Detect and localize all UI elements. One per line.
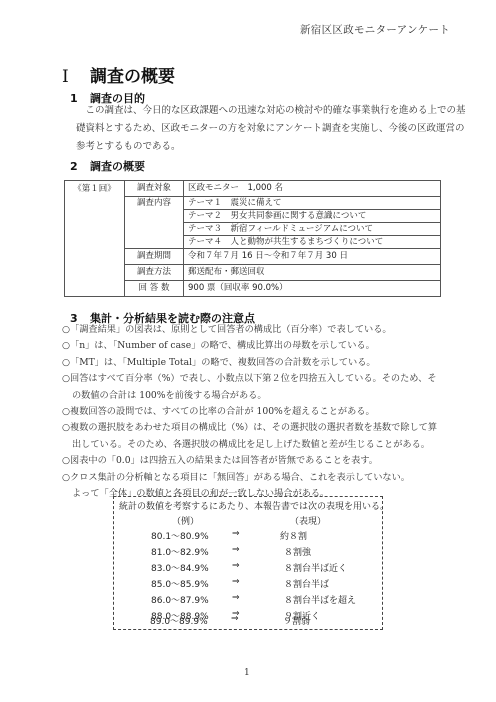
note-item: ○図表中の「0.0」は四捨五入の結果または回答者が皆無であることを表す。: [62, 453, 492, 469]
expression-row: 89.0～89.9% ⇒ ９割弱: [113, 614, 383, 628]
row-value: テーマ４ 人と動物が共生するまちづくりについて: [184, 236, 441, 249]
note-item: ○クロス集計の分析軸となる項目に「無回答」がある場合、これを表示していない。: [62, 470, 492, 486]
expression-row: 85.0～85.9% ⇒ ８割台半ば: [114, 577, 382, 593]
notes-list: ○「調査結果」の図表は、原則として回答者の構成比（百分率）で表している。 ○「n…: [62, 322, 492, 502]
note-item: ○複数回答の設問では、すべての比率の合計が 100%を超えることがある。: [62, 404, 492, 420]
page-number: 1: [244, 668, 250, 678]
arrow-icon: ⇒: [232, 561, 240, 571]
note-item: ○回答はすべて百分率（%）で表し、小数点以下第２位を四捨五入している。そのため、…: [62, 371, 492, 387]
row-value: テーマ３ 新宿フィールドミュージアムについて: [184, 223, 441, 236]
column-header-expression: （表現）: [290, 514, 326, 527]
range-value: 86.0～87.9%: [151, 593, 209, 606]
expression-value: ８割強: [284, 545, 311, 558]
section-title: 調査の概要: [90, 160, 145, 173]
note-item-continued: の数値の合計は 100%を前後する場合がある。: [62, 388, 492, 404]
column-header-example: （例）: [172, 514, 199, 527]
expression-row: 80.1～80.9% ⇒ 約８割: [114, 529, 382, 545]
arrow-icon: ⇒: [232, 577, 240, 587]
expression-guide-intro: 統計の数値を考察するにあたり、本報告書では次の表現を用いる。: [119, 499, 389, 512]
expression-row: 83.0～84.9% ⇒ ８割台半ば近く: [114, 561, 382, 577]
range-value: 85.0～85.9%: [151, 577, 209, 590]
arrow-icon: ⇒: [232, 545, 240, 555]
range-value: 80.1～80.9%: [151, 529, 209, 542]
note-item-continued: 出している。そのため、各選択肢の構成比を足し上げた数値と差が生じることがある。: [62, 437, 492, 453]
paragraph-line: 参考とするものである。: [76, 138, 496, 156]
row-value: テーマ１ 震災に備えて: [184, 197, 441, 210]
range-value: 89.0～89.9%: [150, 614, 208, 627]
note-item: ○「MT」は、「Multiple Total」の略で、複数回答の合計数を示してい…: [62, 355, 492, 371]
row-label: 調査内容: [125, 197, 184, 249]
expression-row: 86.0～87.9% ⇒ ８割台半ばを超え: [114, 593, 382, 609]
expression-value: ８割台半ば近く: [284, 561, 347, 574]
row-value: 区政モニター 1,000 名: [184, 181, 441, 197]
survey-round-cell: 《第１回》: [65, 181, 125, 297]
arrow-icon: ⇒: [231, 614, 239, 624]
note-item: ○「n」は、「Number of case」の略で、構成比算出の母数を示している…: [62, 338, 492, 354]
expression-value: ９割弱: [283, 614, 310, 627]
expression-value: ８割台半ば: [284, 577, 329, 590]
range-value: 81.0～82.9%: [151, 545, 209, 558]
note-item: ○「調査結果」の図表は、原則として回答者の構成比（百分率）で表している。: [62, 322, 492, 338]
section-2-heading: 2調査の概要: [70, 158, 145, 174]
survey-overview-table: 《第１回》 調査対象 区政モニター 1,000 名 調査内容 テーマ１ 震災に備…: [64, 180, 441, 297]
row-value: 令和７年７月 16 日～令和７年７月 30 日: [184, 249, 441, 265]
row-label: 調査方法: [125, 265, 184, 281]
expression-row: 81.0～82.9% ⇒ ８割強: [114, 545, 382, 561]
arrow-icon: ⇒: [232, 593, 240, 603]
chapter-number: Ⅰ: [62, 67, 90, 87]
chapter-heading: Ⅰ調査の概要: [62, 62, 175, 87]
note-item: ○複数の選択肢をあわせた項目の構成比（%）は、その選択肢の選択者数を基数で除して…: [62, 420, 492, 436]
row-value: 郵送配布・郵送回収: [184, 265, 441, 281]
paragraph-line: この調査は、今日的な区政課題への迅速な対応の検討や的確な事業執行を進める上での基: [76, 102, 496, 120]
row-value: 900 票（回収率 90.0%）: [184, 281, 441, 297]
paragraph-line: 礎資料とするため、区政モニターの方を対象にアンケート調査を実施し、今後の区政運営…: [76, 120, 496, 138]
document-header-title: 新宿区区政モニターアンケート: [300, 22, 450, 37]
row-value: テーマ２ 男女共同参画に関する意識について: [184, 210, 441, 223]
row-label: 調査対象: [125, 181, 184, 197]
expression-value: 約８割: [280, 529, 307, 542]
row-label: 調査期間: [125, 249, 184, 265]
section-number: 2: [70, 160, 90, 173]
range-value: 83.0～84.9%: [151, 561, 209, 574]
arrow-icon: ⇒: [232, 529, 240, 539]
expression-guide-box: 統計の数値を考察するにあたり、本報告書では次の表現を用いる。 （例） （表現） …: [113, 496, 383, 630]
expression-value: ８割台半ばを超え: [284, 593, 356, 606]
table-row: 《第１回》 調査対象 区政モニター 1,000 名: [65, 181, 441, 197]
chapter-title: 調査の概要: [90, 67, 175, 87]
row-label: 回 答 数: [125, 281, 184, 297]
section-1-body: この調査は、今日的な区政課題への迅速な対応の検討や的確な事業執行を進める上での基…: [76, 102, 496, 156]
